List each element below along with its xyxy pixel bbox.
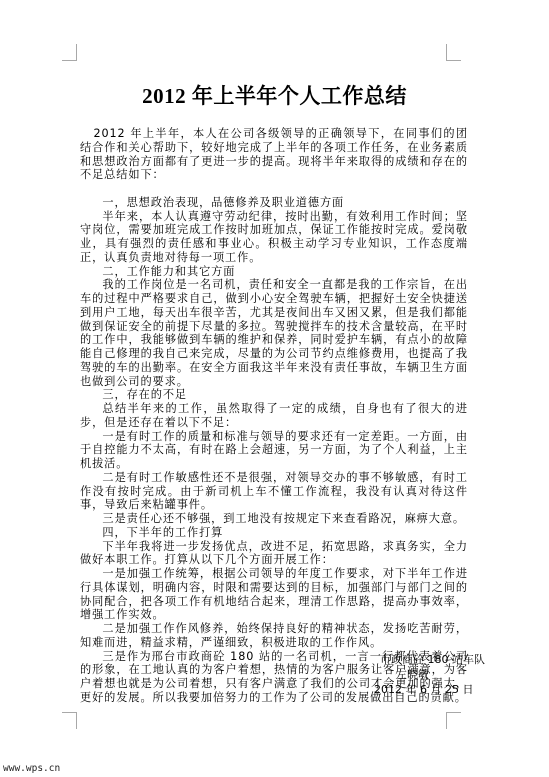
section-heading-4: 四，下半年的工作打算: [80, 526, 468, 540]
section-3-paragraph-4: 三是责任心还不够强，到工地没有按规定下来查看路况，麻痹大意。: [80, 512, 468, 526]
section-4-paragraph-3: 二是加强工作作风修养，始终保持良好的精神状态，发扬吃苦耐劳，知难而进，精益求精，…: [80, 622, 468, 650]
document-title: 2012 年上半年个人工作总结: [0, 84, 549, 108]
crop-mark-top-right: [446, 44, 461, 61]
paragraph-spacer: [80, 182, 468, 196]
section-3-paragraph-1: 总结半年来的工作，虽然取得了一定的成绩，自身也有了很大的进步，但是还存在着以下不…: [80, 402, 468, 430]
section-3-paragraph-3: 二是有时工作敏感性还不是很强，对领导交办的事不够敏感，有时工作没有按时完成。由于…: [80, 471, 468, 512]
section-2-paragraph-1: 我的工作岗位是一名司机，责任和安全一直都是我的工作宗旨，在出车的过程中严格要求自…: [80, 278, 468, 388]
crop-mark-bottom-left: [62, 712, 77, 729]
section-4-paragraph-2: 一是加强工作统筹，根据公司领导的年度工作要求，对下半年工作进行具体谋划，明确内容…: [80, 567, 468, 622]
signature-date: 2012 年 6 月 25 日: [374, 682, 482, 697]
section-4-paragraph-1: 下半年我将进一步发扬优点，改进不足，拓宽思路，求真务实，全力做好本职工作。打算从…: [80, 540, 468, 568]
crop-mark-bottom-right: [446, 712, 461, 729]
crop-mark-top-left: [62, 44, 77, 61]
signature-organization: 市政商砼 180 站车队: [380, 652, 482, 667]
section-heading-3: 三，存在的不足: [80, 388, 468, 402]
footer-watermark: www.wps.cn: [3, 763, 60, 774]
document-body: 2012 年上半年，本人在公司各级领导的正确领导下，在同事们的团结合作和关心帮助…: [80, 127, 468, 705]
section-heading-1: 一，思想政治表现，品德修养及职业道德方面: [80, 196, 468, 210]
section-heading-2: 二，工作能力和其它方面: [80, 265, 468, 279]
section-3-paragraph-2: 一是有时工作的质量和标准与领导的要求还有一定差距。一方面，由于自控能力不太高，有…: [80, 430, 468, 471]
signature-block: 市政商砼 180 站车队 左晓敏 2012 年 6 月 25 日: [372, 652, 482, 697]
intro-paragraph: 2012 年上半年，本人在公司各级领导的正确领导下，在同事们的团结合作和关心帮助…: [80, 127, 468, 182]
section-1-paragraph-1: 半年来，本人认真遵守劳动纪律，按时出勤，有效利用工作时间；坚守岗位，需要加班完成…: [80, 210, 468, 265]
signature-name: 左晓敏: [396, 667, 482, 682]
